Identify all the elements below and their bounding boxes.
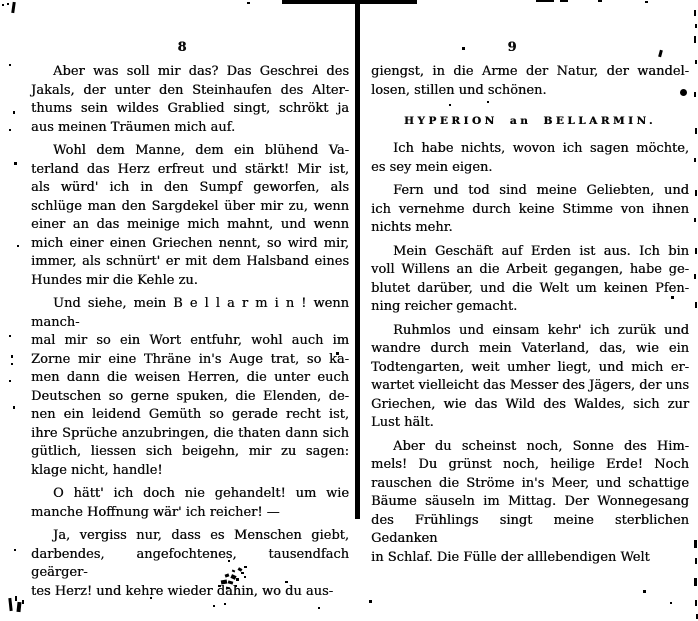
text-line: ning reicher gemacht. — [371, 298, 689, 317]
text-line: wartet vielleicht das Messer des Jägers,… — [371, 377, 689, 396]
ink-speck — [14, 549, 16, 551]
ink-speck — [369, 600, 372, 603]
ink-speck — [235, 585, 237, 587]
ink-speck — [224, 603, 226, 605]
text-line: ich vernehme durch keine Stimme von ihne… — [371, 201, 689, 220]
text-line: mels! Du grünst noch, heilige Erde! Noch — [371, 456, 689, 475]
paragraph: giengst, in die Arme der Natur, der wand… — [371, 63, 689, 100]
ink-speck — [694, 274, 696, 279]
ink-speck — [16, 602, 21, 612]
page-number-left: 8 — [23, 40, 341, 57]
text-line: Und siehe, mein B e l l a r m i n ! wenn… — [31, 295, 349, 332]
ink-speck — [9, 380, 11, 382]
text-line: Todtengarten, weit umher liegt, und mich… — [371, 359, 689, 378]
page-right: 9 giengst, in die Arme der Natur, der wa… — [371, 40, 689, 567]
ink-speck — [598, 0, 602, 2]
text-column-right: giengst, in die Arme der Natur, der wand… — [371, 63, 689, 567]
paragraph: Ruhmlos und einsam kehr' ich zurük undwa… — [371, 322, 689, 433]
ink-speck — [228, 560, 230, 562]
ink-speck — [11, 363, 13, 365]
text-line: darbendes, angefochtenes, tausendfach ge… — [31, 546, 349, 583]
ink-speck — [17, 245, 19, 247]
paragraph: Fern und tod sind meine Geliebten, undic… — [371, 182, 689, 238]
text-line: in Schlaf. Die Fülle der alllebendigen W… — [371, 549, 689, 568]
ink-speck — [241, 572, 244, 574]
text-line: tes Herz! und kehre wieder dahin, wo du … — [31, 583, 349, 602]
ink-speck — [680, 89, 687, 96]
text-line: Aber du scheinst noch, Sonne des Him- — [371, 438, 689, 457]
ink-speck — [695, 24, 697, 28]
ink-speck — [694, 92, 696, 97]
text-line: Fern und tod sind meine Geliebten, und — [371, 182, 689, 201]
ink-speck — [643, 590, 646, 593]
text-line: nen ein leidend Gemüth so gerade recht i… — [31, 406, 349, 425]
text-line: Lust hält. — [371, 414, 689, 433]
text-line: Ich habe nichts, wovon ich sagen möchte, — [371, 140, 689, 159]
ink-speck — [318, 607, 320, 609]
text-line: losen, stillen und schönen. — [371, 82, 689, 101]
ink-speck — [15, 596, 17, 601]
text-line: mal mir so ein Wort entfuhr, wohl auch i… — [31, 332, 349, 351]
text-line: Zorne mir eine Thräne in's Auge trat, so… — [31, 351, 349, 370]
text-line: Hundes mir die Kehle zu. — [31, 272, 349, 291]
ink-speck — [671, 296, 674, 299]
ink-speck — [560, 0, 568, 2]
ink-speck — [244, 576, 246, 578]
text-line: mich einer einen Griechen nennt, so wird… — [31, 235, 349, 254]
text-line: blutet darüber, und die Welt um keinen P… — [371, 280, 689, 299]
ink-speck — [9, 129, 11, 131]
ink-speck — [150, 597, 152, 599]
paragraph: Aber du scheinst noch, Sonne des Him-mel… — [371, 438, 689, 568]
ink-speck — [449, 104, 451, 106]
text-line: wandre durch mein Vaterland, das, wie ei… — [371, 340, 689, 359]
section-heading: HYPERION an BELLARMIN. — [371, 115, 689, 127]
ink-speck — [694, 10, 696, 16]
text-line: terland das Herz erfreut und stärkt! Mir… — [31, 161, 349, 180]
text-line: Bäume säuseln im Mittag. Der Wonnegesang — [371, 493, 689, 512]
text-line: es sey mein eigen. — [371, 159, 689, 178]
ink-speck — [226, 587, 230, 590]
text-line: voll Willens an die Arbeit gegangen, hab… — [371, 261, 689, 280]
paragraph: O hätt' ich doch nie gehandelt! um wiema… — [31, 485, 349, 522]
ink-speck — [536, 0, 554, 2]
text-line: als würd' ich in den Sumpf geworfen, als — [31, 179, 349, 198]
ink-speck — [2, 4, 4, 6]
paragraph: Mein Geschäft auf Erden ist aus. Ich bin… — [371, 243, 689, 317]
ink-speck — [695, 190, 697, 196]
paragraph: Aber was soll mir das? Das Geschrei desJ… — [31, 63, 349, 137]
text-line: Mein Geschäft auf Erden ist aus. Ich bin — [371, 243, 689, 262]
ink-speck — [462, 47, 465, 50]
text-line: manche Hoffnung wär' ich reicher! — — [31, 504, 349, 523]
ink-speck — [236, 578, 239, 581]
ink-speck — [695, 558, 697, 564]
text-line: Ja, vergiss nur, dass es Menschen giebt, — [31, 527, 349, 546]
ink-speck — [11, 2, 16, 13]
ink-speck — [694, 36, 696, 43]
text-line: Ruhmlos und einsam kehr' ich zurük und — [371, 322, 689, 341]
text-line: Jakals, der unter den Steinhaufen des Al… — [31, 82, 349, 101]
ink-speck — [695, 302, 697, 308]
text-line: Deutschen so gerne spuken, die Elenden, … — [31, 388, 349, 407]
page-left: 8 Aber was soll mir das? Das Geschrei de… — [31, 40, 349, 601]
ink-speck — [694, 218, 696, 222]
text-line: schlüge man den Sargdekel über mir zu, w… — [31, 198, 349, 217]
ink-speck — [14, 162, 17, 165]
text-line: aus meinen Träumen mich auf. — [31, 119, 349, 138]
text-line: men dann die weisen Herren, die unter eu… — [31, 369, 349, 388]
ink-speck — [645, 1, 648, 3]
text-line: rauschen die Ströme in's Meer, und schat… — [371, 475, 689, 494]
text-line: nichts mehr. — [371, 219, 689, 238]
text-line: Griechen, wie das Wild des Waldes, sich … — [371, 396, 689, 415]
book-scan: 8 Aber was soll mir das? Das Geschrei de… — [0, 0, 698, 621]
text-line: des Frühlings singt meine sterblichen Ge… — [371, 512, 689, 549]
ink-speck — [244, 566, 247, 568]
paragraph: Ja, vergiss nur, dass es Menschen giebt,… — [31, 527, 349, 601]
text-line: giengst, in die Arme der Natur, der wand… — [371, 63, 689, 82]
ink-speck — [9, 335, 11, 337]
gutter-shadow-top — [282, 0, 417, 4]
paragraph: Und siehe, mein B e l l a r m i n ! wenn… — [31, 295, 349, 480]
text-line: gütlich, liessen sich beigehn, mir zu sa… — [31, 443, 349, 462]
ink-speck — [11, 355, 13, 358]
ink-speck — [285, 581, 288, 583]
paragraph: Ich habe nichts, wovon ich sagen möchte,… — [371, 140, 689, 177]
gutter-shadow — [355, 0, 360, 519]
ink-speck — [670, 602, 672, 604]
text-line: Wohl dem Manne, dem ein blühend Va- — [31, 142, 349, 161]
ink-speck — [13, 111, 15, 114]
ink-speck — [695, 60, 697, 64]
ink-speck — [247, 2, 250, 4]
paragraph: Wohl dem Manne, dem ein blühend Va-terla… — [31, 142, 349, 290]
ink-speck — [694, 540, 697, 548]
ink-speck — [336, 352, 339, 355]
text-line: thums sein wildes Grablied singt, schrök… — [31, 100, 349, 119]
ink-speck — [22, 600, 24, 604]
text-column-left: Aber was soll mir das? Das Geschrei desJ… — [31, 63, 349, 601]
ink-speck — [695, 600, 697, 606]
ink-speck — [694, 158, 696, 162]
text-line: immer, als schnürt' er mit dem Halsband … — [31, 253, 349, 272]
text-line: einer an das meinige mich mahnt, und wen… — [31, 216, 349, 235]
ink-speck — [7, 3, 9, 5]
ink-speck — [218, 585, 221, 587]
text-line: O hätt' ich doch nie gehandelt! um wie — [31, 485, 349, 504]
ink-speck — [695, 128, 697, 134]
ink-speck — [695, 248, 697, 254]
text-line: ihre Sprüche anzubringen, die thaten dan… — [31, 425, 349, 444]
text-line: Aber was soll mir das? Das Geschrei des — [31, 63, 349, 82]
ink-speck — [694, 578, 697, 586]
ink-speck — [9, 64, 11, 66]
ink-speck — [13, 406, 15, 409]
page-number-right: 9 — [353, 40, 671, 57]
text-line: klage nicht, handle! — [31, 462, 349, 481]
ink-speck — [213, 605, 215, 607]
ink-speck — [487, 101, 489, 103]
ink-speck — [8, 598, 12, 611]
